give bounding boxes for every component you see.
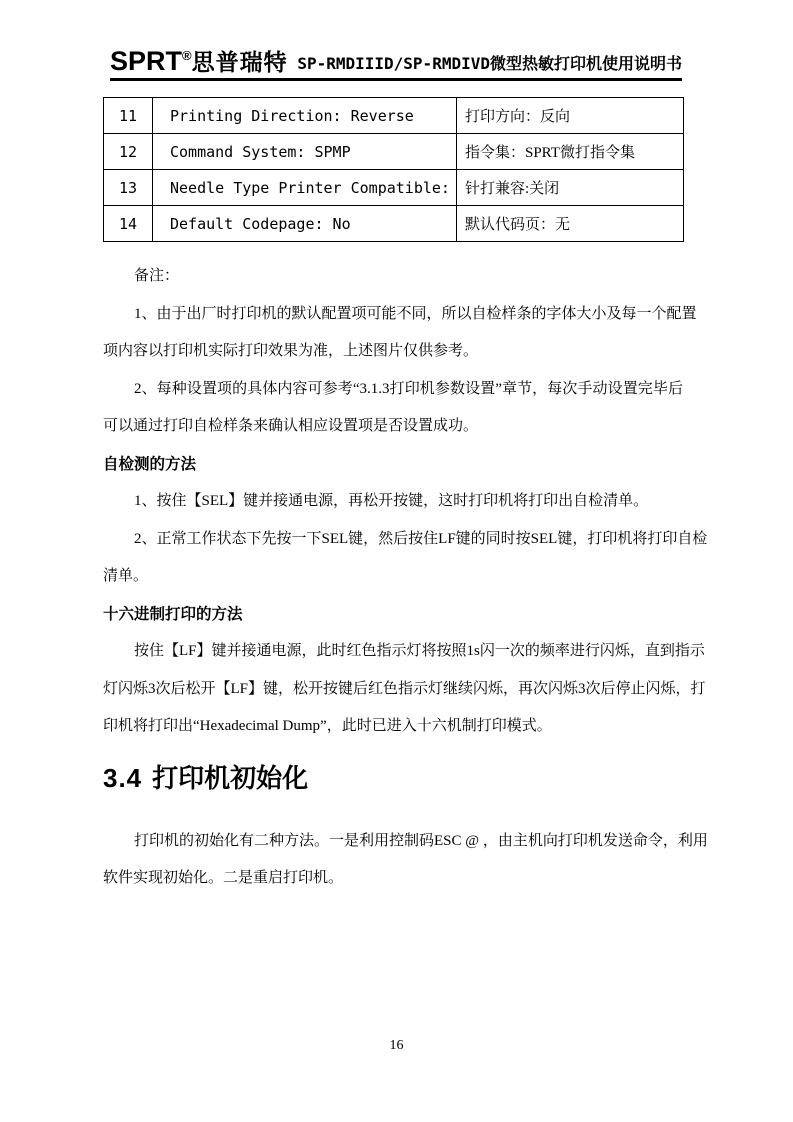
note2-line1: 2、每种设置项的具体内容可参考“3.1.3打印机参数设置”章节，每次手动设置完毕… bbox=[103, 371, 683, 409]
setting-english: Printing Direction: Reverse bbox=[153, 98, 457, 134]
hexdump-method-heading: 十六进制打印的方法 bbox=[103, 596, 683, 634]
brand-logo: SPRT®思普瑞特 bbox=[110, 48, 288, 75]
setting-number: 11 bbox=[104, 98, 153, 134]
page-header: SPRT®思普瑞特 SP-RMDIIID/SP-RMDIVD微型热敏打印机使用说… bbox=[110, 48, 682, 81]
brand-name-chinese: 思普瑞特 bbox=[192, 49, 288, 75]
table-row: 13 Needle Type Printer Compatible: off 针… bbox=[104, 170, 684, 206]
init-line1: 打印机的初始化有二种方法。一是利用控制码ESC @ ，由主机向打印机发送命令，利… bbox=[103, 823, 683, 861]
body-text: 备注： 1、由于出厂时打印机的默认配置项可能不同，所以自检样条的字体大小及每一个… bbox=[103, 247, 683, 898]
hexdump-line1: 按住【LF】键并接通电源，此时红色指示灯将按照1s闪一次的频率进行闪烁，直到指示 bbox=[103, 633, 683, 671]
settings-table: 11 Printing Direction: Reverse 打印方向：反向 1… bbox=[103, 97, 684, 242]
setting-number: 12 bbox=[104, 134, 153, 170]
brand-name: SPRT bbox=[110, 46, 182, 76]
section-title: 打印机初始化 bbox=[152, 763, 308, 793]
setting-english: Default Codepage: No bbox=[153, 206, 457, 242]
setting-english: Needle Type Printer Compatible: off bbox=[153, 170, 457, 206]
section-heading-3-4: 3.4打印机初始化 bbox=[103, 757, 683, 800]
hexdump-line2: 灯闪烁3次后松开【LF】键，松开按键后红色指示灯继续闪烁，再次闪烁3次后停止闪烁… bbox=[103, 671, 683, 709]
page-number: 16 bbox=[0, 1038, 793, 1054]
selftest-method-heading: 自检测的方法 bbox=[103, 446, 683, 484]
selftest-step2-line2: 清单。 bbox=[103, 558, 683, 596]
selftest-step1: 1、按住【SEL】键并接通电源，再松开按键，这时打印机将打印出自检清单。 bbox=[103, 483, 683, 521]
note1-line2: 项内容以打印机实际打印效果为准，上述图片仅供参考。 bbox=[103, 333, 683, 371]
note2-line2: 可以通过打印自检样条来确认相应设置项是否设置成功。 bbox=[103, 408, 683, 446]
init-line2: 软件实现初始化。二是重启打印机。 bbox=[103, 860, 683, 898]
setting-chinese: 指令集：SPRT微打指令集 bbox=[457, 134, 684, 170]
setting-chinese: 针打兼容:关闭 bbox=[457, 170, 684, 206]
note1-line1: 1、由于出厂时打印机的默认配置项可能不同，所以自检样条的字体大小及每一个配置 bbox=[103, 296, 683, 334]
setting-english: Command System: SPMP bbox=[153, 134, 457, 170]
table-row: 12 Command System: SPMP 指令集：SPRT微打指令集 bbox=[104, 134, 684, 170]
manual-page: SPRT®思普瑞特 SP-RMDIIID/SP-RMDIVD微型热敏打印机使用说… bbox=[0, 0, 793, 1122]
setting-chinese: 打印方向：反向 bbox=[457, 98, 684, 134]
registered-trademark-icon: ® bbox=[182, 48, 192, 63]
table-row: 14 Default Codepage: No 默认代码页：无 bbox=[104, 206, 684, 242]
setting-number: 14 bbox=[104, 206, 153, 242]
note-label: 备注： bbox=[103, 258, 683, 296]
section-number: 3.4 bbox=[103, 763, 142, 793]
hexdump-line3: 印机将打印出“Hexadecimal Dump”，此时已进入十六机制打印模式。 bbox=[103, 708, 683, 746]
setting-chinese: 默认代码页：无 bbox=[457, 206, 684, 242]
setting-number: 13 bbox=[104, 170, 153, 206]
document-title: SP-RMDIIID/SP-RMDIVD微型热敏打印机使用说明书 bbox=[297, 54, 682, 75]
table-row: 11 Printing Direction: Reverse 打印方向：反向 bbox=[104, 98, 684, 134]
selftest-step2-line1: 2、正常工作状态下先按一下SEL键，然后按住LF键的同时按SEL键，打印机将打印… bbox=[103, 521, 683, 559]
